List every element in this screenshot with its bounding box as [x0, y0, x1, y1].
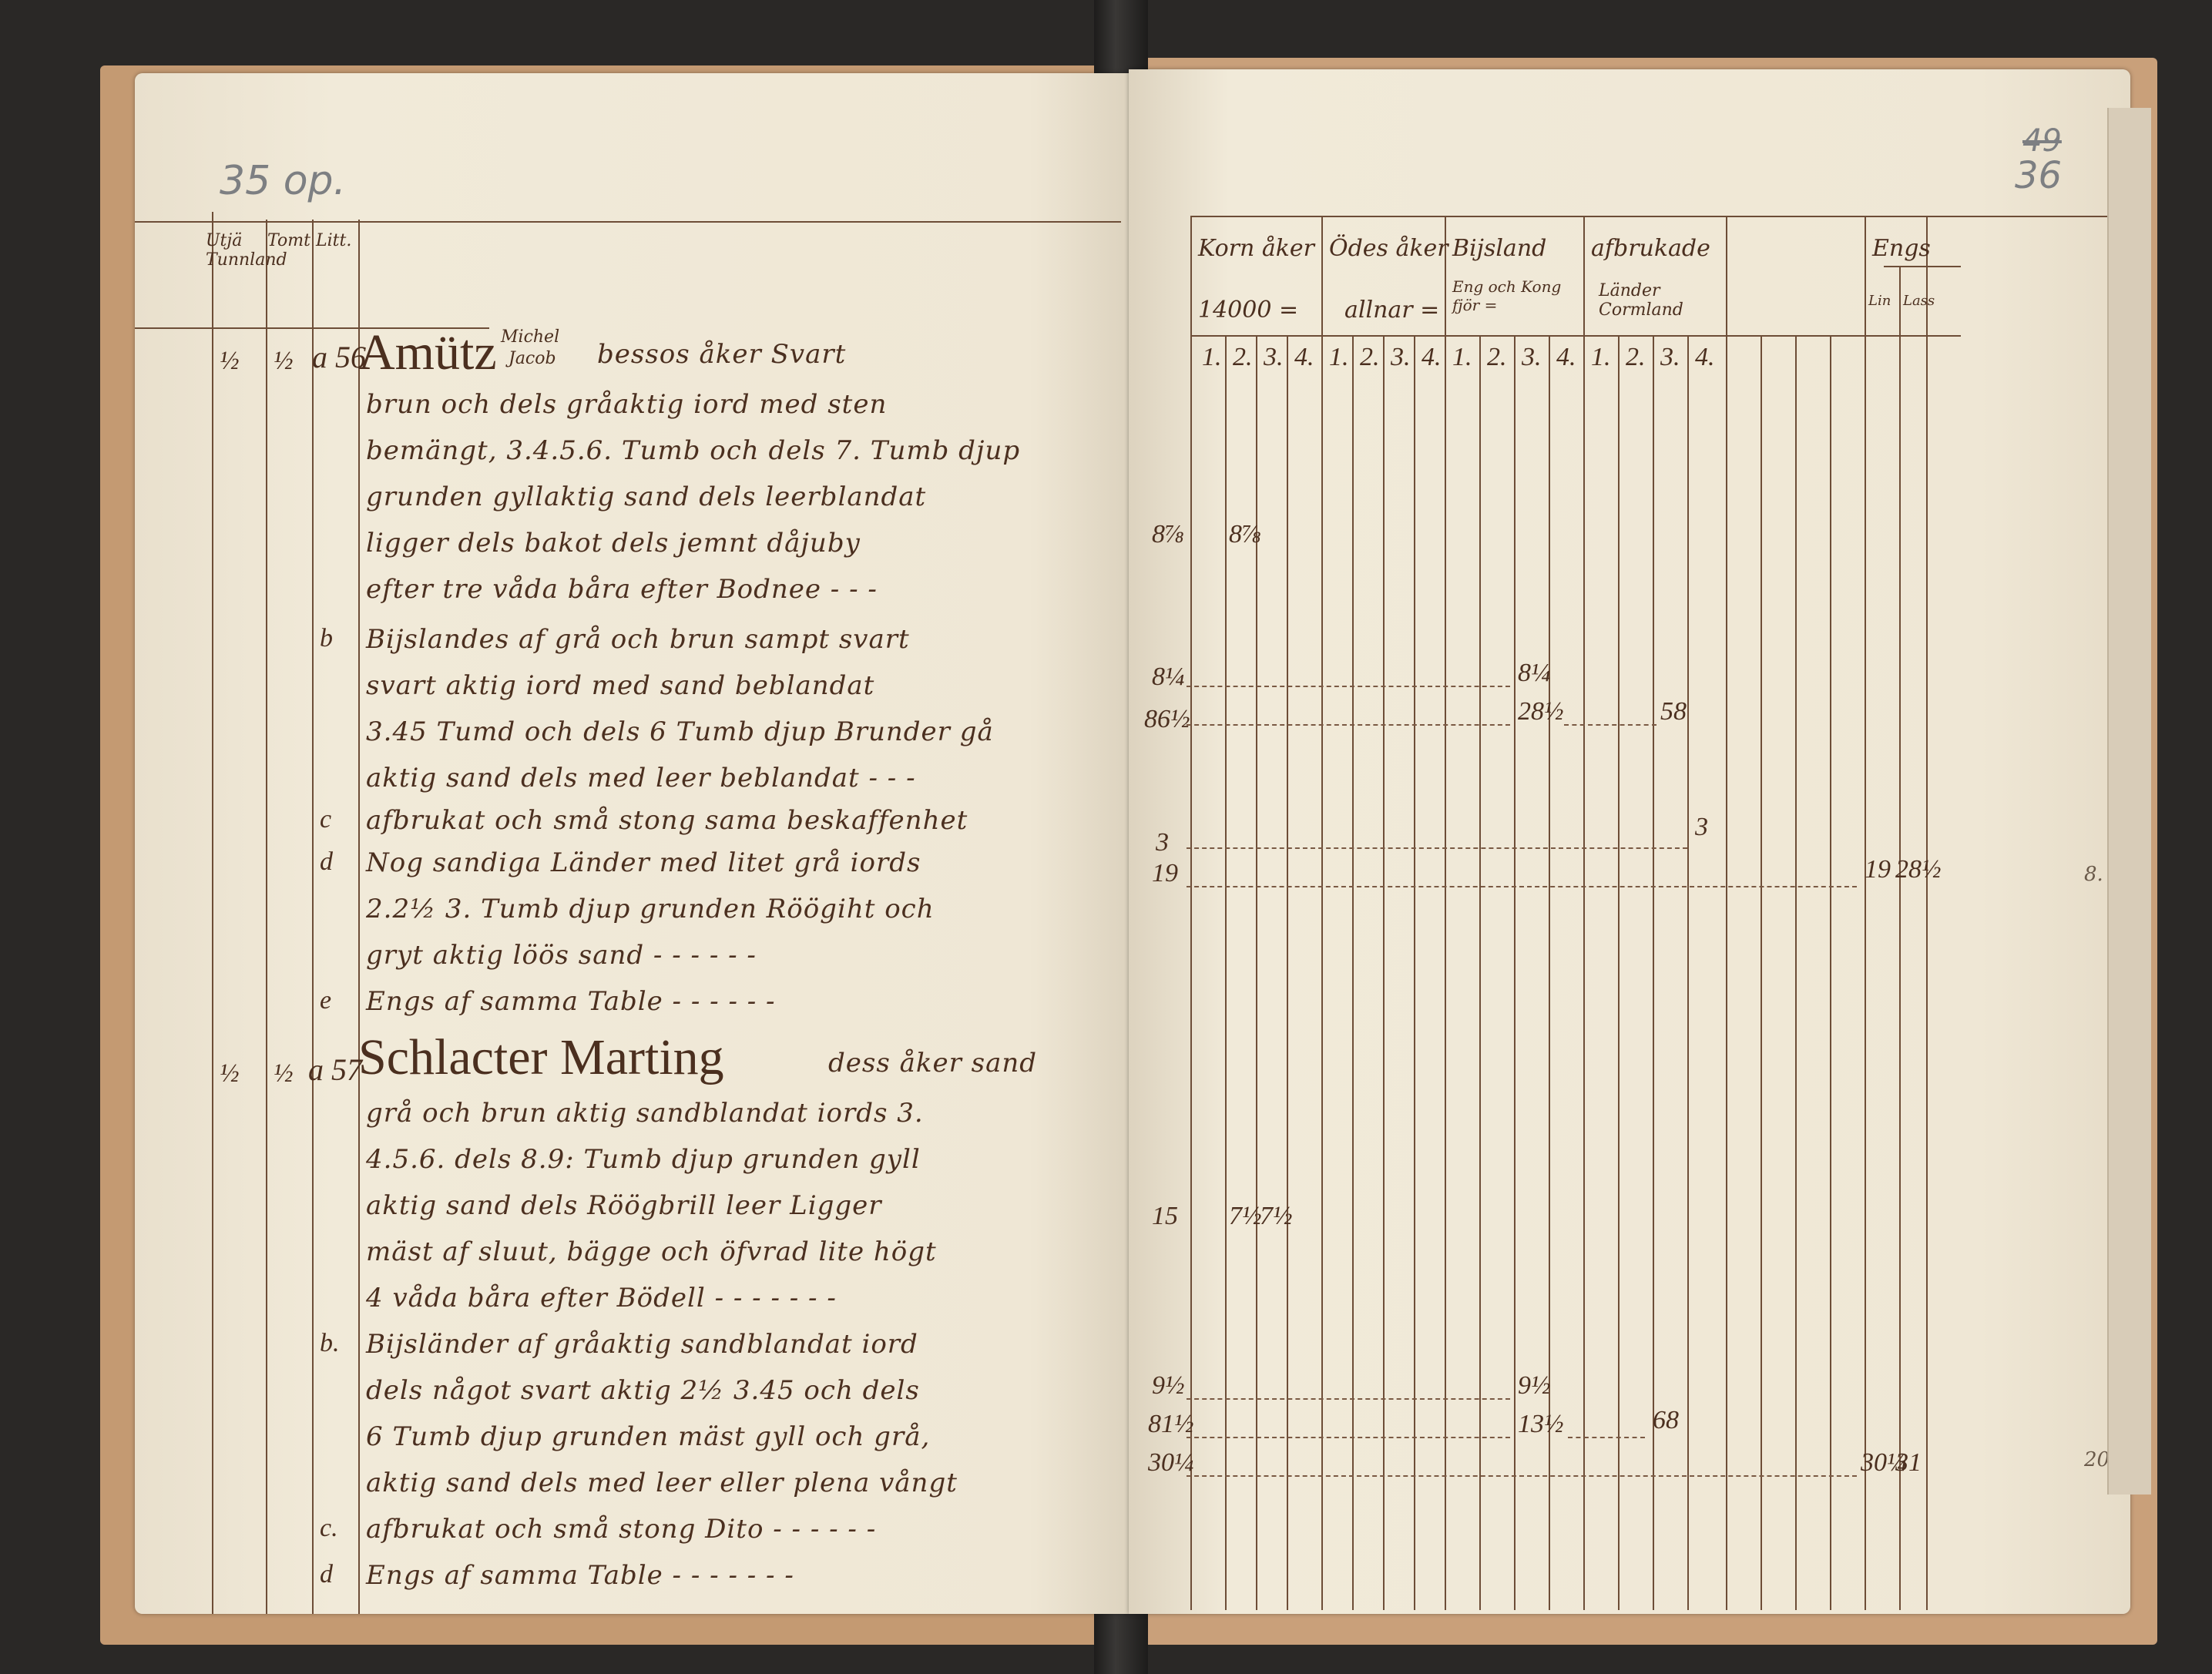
text-line: Nog sandiga Länder med litet grå iords — [366, 847, 921, 878]
column-divider — [1830, 335, 1831, 1610]
entry-letter: b — [320, 624, 333, 653]
cell-value: 13½ — [1518, 1410, 1564, 1439]
dash-leader — [1564, 724, 1656, 726]
cell-value: 8¼ — [1518, 659, 1551, 688]
dash-leader — [1187, 724, 1510, 726]
col-label: 4. — [1422, 343, 1442, 372]
row-total: 15 — [1152, 1202, 1178, 1231]
header-utja: Utjä Tunnland — [206, 231, 260, 270]
row-total: 30¼ — [1148, 1448, 1194, 1478]
dash-leader — [1187, 686, 1510, 687]
value-utja: ½ — [220, 347, 240, 376]
text-line: Engs af samma Table - - - - - - — [366, 986, 776, 1017]
text-line: grå och brun aktig sandblandat iords 3. — [366, 1098, 924, 1129]
col-label: 1. — [1329, 343, 1349, 372]
text-line: ligger dels bakot dels jemnt dåjuby — [366, 528, 861, 559]
cell-value: 58 — [1660, 697, 1687, 726]
column-divider — [1926, 216, 1928, 1610]
row-total: 81½ — [1148, 1410, 1194, 1439]
cell-value: 28½ — [1518, 697, 1564, 726]
column-divider — [1225, 335, 1227, 1610]
column-divider — [1383, 335, 1385, 1610]
column-divider — [1190, 216, 1192, 1610]
cell-value: 7½ — [1229, 1202, 1262, 1231]
col-label: 3. — [1660, 343, 1680, 372]
dash-leader — [1187, 1437, 1510, 1438]
column-divider — [1352, 335, 1354, 1610]
col-label: 3. — [1522, 343, 1542, 372]
col-label: 1. — [1591, 343, 1611, 372]
cell-value: 7½ — [1260, 1202, 1293, 1231]
header-korn-sub: 14000 = — [1198, 297, 1298, 324]
row-total: 8¼ — [1152, 663, 1185, 692]
column-divider — [1287, 335, 1288, 1610]
margin-mark: 8. — [2084, 863, 2103, 886]
col-label: 1. — [1452, 343, 1472, 372]
row-total: 8⅞ — [1152, 520, 1185, 549]
column-divider — [1583, 216, 1585, 1610]
cell-value: 31 — [1895, 1448, 1922, 1478]
column-divider — [1726, 216, 1727, 1610]
row-total: 9½ — [1152, 1371, 1185, 1401]
text-line: grunden gyllaktig sand dels leerblandat — [366, 481, 926, 512]
row-total: 3 — [1156, 828, 1169, 857]
col-label: 3. — [1391, 343, 1411, 372]
header-rule — [1190, 216, 2123, 217]
col-label: 2. — [1233, 343, 1253, 372]
text-line: Engs af samma Table - - - - - - - — [366, 1560, 794, 1591]
header-engs: Engs — [1872, 235, 1931, 262]
dash-leader — [1187, 1398, 1510, 1400]
column-divider — [1899, 266, 1901, 1610]
column-divider — [1514, 335, 1516, 1610]
cell-value: 68 — [1653, 1406, 1679, 1435]
text-line: brun och dels gråaktig iord med sten — [366, 389, 887, 420]
header-odes-aker: Ödes åker — [1329, 235, 1448, 262]
col-label: 2. — [1360, 343, 1380, 372]
cell-value: 19 — [1865, 855, 1891, 884]
header-bijsland-sub: Eng och Kong fjör = — [1452, 277, 1579, 314]
header-tomt: Tomt — [267, 231, 310, 250]
text-line: Bijsländer af gråaktig sandblandat iord — [366, 1329, 918, 1360]
column-divider — [1445, 216, 1446, 1610]
text-line: mäst af sluut, bägge och öfvrad lite hög… — [366, 1236, 937, 1267]
column-divider — [1618, 335, 1620, 1610]
entry-letter: d — [320, 847, 333, 877]
owner-name: Amütz — [358, 324, 497, 382]
sub-name: Jacob — [509, 349, 556, 368]
entry-letter: b. — [320, 1329, 340, 1358]
header-korn-aker: Korn åker — [1198, 235, 1314, 262]
row-total: 86½ — [1144, 705, 1190, 734]
entry-letter: e — [320, 986, 331, 1015]
col-label: 4. — [1556, 343, 1576, 372]
col-label: 2. — [1487, 343, 1507, 372]
column-divider — [1761, 335, 1762, 1610]
text-line: dess åker sand — [828, 1048, 1037, 1079]
dash-leader — [1568, 1437, 1645, 1438]
header-bijsland: Bijsland — [1452, 235, 1546, 262]
text-line: 4 våda båra efter Bödell - - - - - - - — [366, 1283, 837, 1313]
value-tomt: ½ — [274, 1059, 294, 1089]
sub-name: Michel — [501, 327, 559, 347]
column-divider — [1321, 216, 1323, 1610]
row-total: 19 — [1152, 859, 1178, 888]
column-divider — [1479, 335, 1481, 1610]
text-line: afbrukat och små stong sama beskaffenhet — [366, 805, 968, 836]
col-label: 3. — [1264, 343, 1284, 372]
header-rule — [135, 221, 1121, 223]
cell-value: 28½ — [1895, 855, 1942, 884]
col-label: 1. — [1202, 343, 1222, 372]
dash-leader — [1187, 847, 1687, 849]
column-divider — [1687, 335, 1689, 1610]
entry-letter: d — [320, 1560, 333, 1589]
text-line: dels något svart aktig 2½ 3.45 och dels — [366, 1375, 920, 1406]
page-number-left: 35 op. — [220, 158, 346, 204]
text-line: afbrukat och små stong Dito - - - - - - — [366, 1514, 876, 1545]
header-afbrukade-sub: Länder Cormland — [1599, 281, 1722, 320]
value-utja: ½ — [220, 1059, 240, 1089]
text-line: gryt aktig löös sand - - - - - - — [366, 940, 757, 971]
text-line: 3.45 Tumd och dels 6 Tumb djup Brunder g… — [366, 716, 994, 747]
text-line: Bijslandes af grå och brun sampt svart — [366, 624, 910, 655]
header-bottom-rule — [1190, 335, 1961, 337]
entry-letter: c. — [320, 1514, 338, 1543]
cell-value: 8⅞ — [1229, 520, 1262, 549]
text-line: aktig sand dels med leer beblandat - - - — [366, 763, 916, 793]
header-engs-lin: Lin — [1868, 293, 1891, 309]
col-label: 4. — [1294, 343, 1314, 372]
text-line: 4.5.6. dels 8.9: Tumb djup grunden gyll — [366, 1144, 921, 1175]
entry-number: a 57 — [308, 1052, 362, 1088]
text-line: aktig sand dels med leer eller plena vån… — [366, 1468, 958, 1498]
torn-page-edge — [2107, 108, 2151, 1495]
column-divider — [1865, 216, 1866, 1610]
column-divider — [358, 220, 360, 1614]
column-divider — [212, 212, 213, 1614]
page-number-right: 36 — [2015, 154, 2062, 197]
header-afbrukade: afbrukade — [1591, 235, 1710, 262]
entry-letter: c — [320, 805, 331, 834]
column-divider — [312, 220, 314, 1614]
owner-name: Schlacter Marting — [358, 1028, 724, 1087]
col-label: 4. — [1695, 343, 1715, 372]
header-litt: Litt. — [316, 231, 351, 250]
column-divider — [266, 220, 267, 1614]
value-tomt: ½ — [274, 347, 294, 376]
text-line: 6 Tumb djup grunden mäst gyll och grå, — [366, 1421, 930, 1452]
header-odes-sub: allnar = — [1344, 297, 1439, 324]
column-divider — [1795, 335, 1797, 1610]
text-line: svart aktig iord med sand beblandat — [366, 670, 874, 701]
dash-leader — [1187, 886, 1857, 887]
left-page: 35 op. Utjä Tunnland Tomt Litt. ½ ½ a 56… — [135, 73, 1129, 1614]
column-divider — [1414, 335, 1415, 1610]
right-page: 49 36 Korn åker 14000 = Ödes åker allnar… — [1129, 69, 2130, 1614]
col-label: 2. — [1626, 343, 1646, 372]
text-line: efter tre våda båra efter Bodnee - - - — [366, 574, 878, 605]
cell-value: 3 — [1695, 813, 1708, 842]
text-line: aktig sand dels Röögbrill leer Ligger — [366, 1190, 881, 1221]
cell-value: 9½ — [1518, 1371, 1551, 1401]
dash-leader — [1187, 1475, 1857, 1477]
text-line: 2.2½ 3. Tumb djup grunden Röögiht och — [366, 894, 935, 924]
engs-sub-rule — [1884, 266, 1961, 267]
text-line: bessos åker Svart — [597, 339, 846, 370]
text-line: bemängt, 3.4.5.6. Tumb och dels 7. Tumb … — [366, 435, 1020, 466]
header-engs-lass: Lass — [1903, 293, 1935, 309]
